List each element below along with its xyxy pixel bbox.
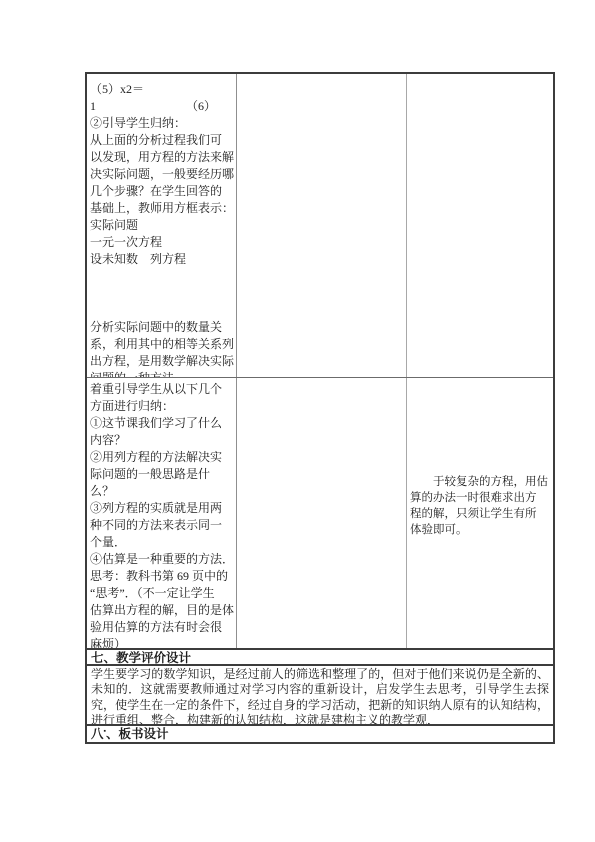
teaching-process-text: （5）x2＝ 1 （6） ②引导学生归纳： 从上面的分析过程我们可 以发现，用方… (87, 74, 236, 377)
cell-row2-middle-empty (237, 378, 407, 648)
row2-middle-text (237, 378, 406, 381)
estimation-note-text: 于较复杂的方程，用估 算的办法一时很难求出方 程的解，只须让学生有所 体验即可。 (407, 378, 553, 538)
table-row-teaching-process: （5）x2＝ 1 （6） ②引导学生归纳： 从上面的分析过程我们可 以发现，用方… (87, 74, 553, 378)
section-title-evaluation-design: 七、教学评价设计 (87, 650, 553, 666)
cell-row1-right-empty (407, 74, 553, 377)
board-title-suffix: 、板书设计 (106, 727, 169, 741)
row1-middle-text (237, 74, 406, 81)
cell-estimation-note: 于较复杂的方程，用估 算的办法一时很难求出方 程的解，只须让学生有所 体验即可。 (407, 378, 553, 648)
board-title-prefix: 八 (91, 727, 104, 741)
lesson-plan-table: （5）x2＝ 1 （6） ②引导学生归纳： 从上面的分析过程我们可 以发现，用方… (85, 72, 555, 744)
summary-guidance-text: 着重引导学生从以下几个 方面进行归纳： ①这节课我们学习了什么 内容？ ②用列方… (87, 378, 236, 648)
table-row-summary-guidance: 着重引导学生从以下几个 方面进行归纳： ①这节课我们学习了什么 内容？ ②用列方… (87, 378, 553, 650)
section-body-evaluation-design: 学生要学习的数学知识，是经过前人的筛选和整理了的，但对于他们来说仍是全新的、未知… (87, 666, 553, 726)
cell-summary-guidance-notes: 着重引导学生从以下几个 方面进行归纳： ①这节课我们学习了什么 内容？ ②用列方… (87, 378, 237, 648)
document-page: （5）x2＝ 1 （6） ②引导学生归纳： 从上面的分析过程我们可 以发现，用方… (0, 0, 595, 842)
row1-right-text (407, 74, 553, 81)
cell-teaching-process-notes: （5）x2＝ 1 （6） ②引导学生归纳： 从上面的分析过程我们可 以发现，用方… (87, 74, 237, 377)
cell-row1-middle-empty (237, 74, 407, 377)
section-title-board-design: 八▪、板书设计 (87, 726, 553, 742)
